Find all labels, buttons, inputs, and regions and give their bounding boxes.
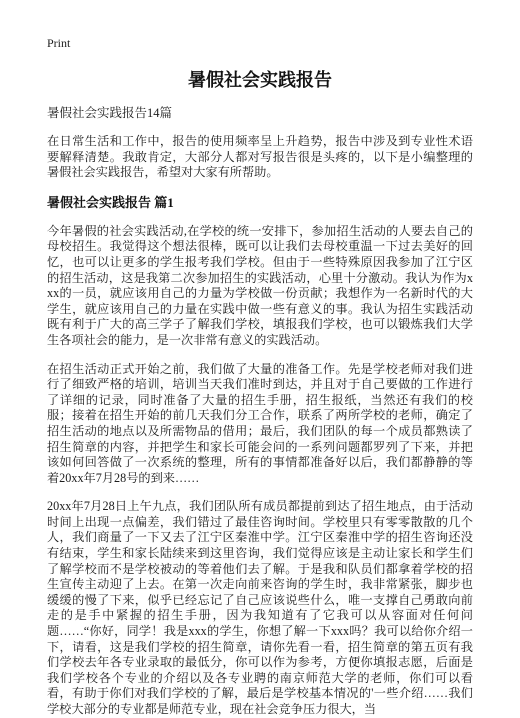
page-title: 暑假社会实践报告 (47, 69, 473, 91)
print-button[interactable]: Print (47, 37, 70, 50)
document-page: Print 暑假社会实践报告 暑假社会实践报告14篇 在日常生活和工作中，报告的… (0, 0, 520, 718)
document-subtitle: 暑假社会实践报告14篇 (47, 106, 473, 121)
section-heading-part1: 暑假社会实践报告 篇1 (47, 195, 473, 211)
body-paragraph-2: 在招生活动正式开始之前，我们做了大量的准备工作。先是学校老师对我们进行了细致严格… (47, 362, 473, 487)
body-paragraph-1: 今年暑假的社会实践活动,在学校的统一安排下，参加招生活动的人要去自己的母校招生。… (47, 224, 473, 349)
intro-paragraph: 在日常生活和工作中，报告的使用频率呈上升趋势，报告中涉及到专业性术语要解释清楚。… (47, 134, 473, 181)
body-paragraph-3: 20xx年7月28日上午九点，我们团队所有成员都提前到达了招生地点，由于活动时间… (47, 499, 473, 717)
